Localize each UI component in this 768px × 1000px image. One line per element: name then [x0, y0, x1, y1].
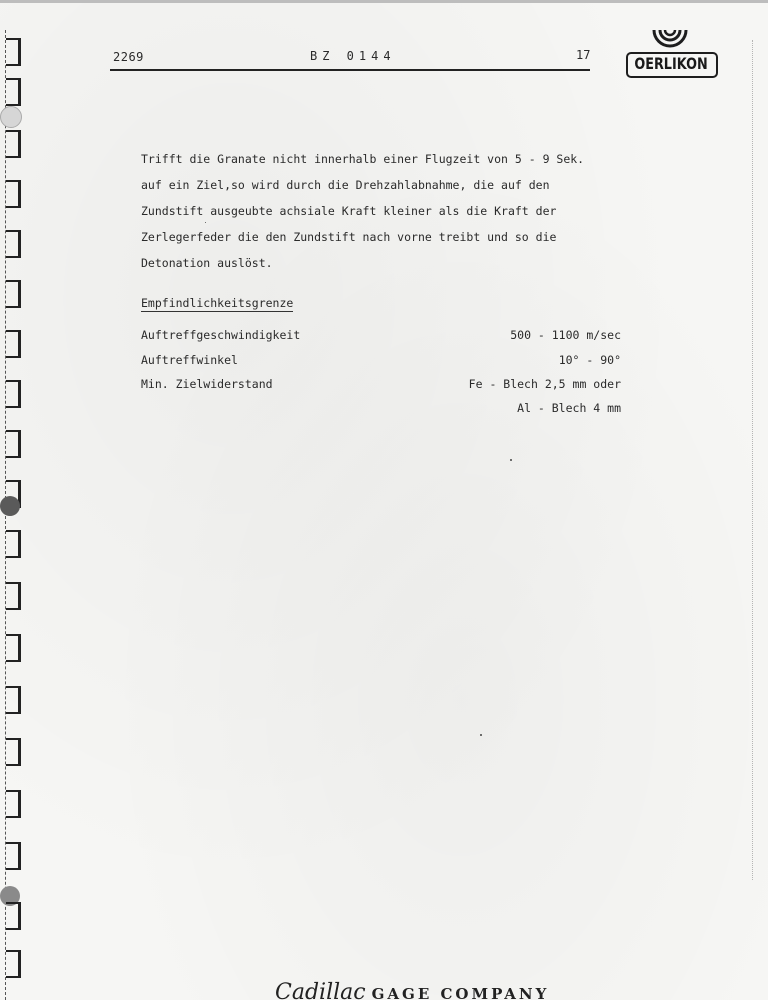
binder-tab [6, 430, 21, 458]
binder-tab [6, 130, 21, 158]
binder-tab [6, 180, 21, 208]
paragraph-line: Trifft die Granate nicht innerhalb einer… [141, 146, 661, 172]
paragraph-line: Zerlegerfeder die den Zundstift nach vor… [141, 224, 661, 250]
logo-wordmark: OERLIKON [633, 54, 708, 73]
footer-company-name: GAGE COMPANY [372, 985, 550, 1000]
binder-ring-hole [0, 106, 22, 128]
binder-tab [6, 902, 21, 930]
paragraph-line: Detonation auslöst. [141, 250, 661, 276]
binder-tab [6, 842, 21, 870]
spec-label: Auftreffwinkel [141, 353, 238, 367]
paragraph-line: Zundstift ausgeubte achsiale Kraft klein… [141, 198, 661, 224]
binder-tab [6, 582, 21, 610]
spec-row: Auftreffgeschwindigkeit 500 - 1100 m/sec [141, 328, 621, 348]
spec-label: Auftreffgeschwindigkeit [141, 328, 300, 342]
spec-row: Auftreffwinkel 10° - 90° [141, 353, 621, 373]
binder-tab [6, 280, 21, 308]
binder-tab [6, 38, 21, 66]
footer-script-brand: Cadillac [275, 980, 366, 1000]
binder-tab [6, 790, 21, 818]
footer-company: CadillacGAGE COMPANY [275, 980, 549, 1000]
binder-tab [6, 530, 21, 558]
page-number: 17 [576, 48, 590, 62]
scan-speck [205, 222, 206, 223]
document-number: 2269 [113, 50, 144, 64]
spec-value: Al - Blech 4 mm [517, 401, 621, 415]
spec-row: Al - Blech 4 mm [141, 401, 621, 421]
spec-label: Min. Zielwiderstand [141, 377, 273, 391]
spec-value: Fe - Blech 2,5 mm oder [469, 377, 621, 391]
scan-speck [510, 459, 512, 461]
document-reference: BZ 0144 [310, 49, 396, 63]
binder-tab [6, 230, 21, 258]
paragraph-line: auf ein Ziel,so wird durch die Drehzahla… [141, 172, 661, 198]
spec-row: Min. Zielwiderstand Fe - Blech 2,5 mm od… [141, 377, 621, 397]
page-top-edge [0, 0, 768, 3]
binder-tab [6, 950, 21, 978]
binder-tab [6, 686, 21, 714]
scan-speck [480, 734, 482, 736]
binder-edge [0, 30, 30, 1000]
binder-tab [6, 380, 21, 408]
binder-tab [6, 78, 21, 106]
binder-tab [6, 634, 21, 662]
binder-tab [6, 738, 21, 766]
spec-value: 500 - 1100 m/sec [510, 328, 621, 342]
concentric-arcs-icon [650, 28, 690, 52]
spec-value: 10° - 90° [559, 353, 621, 367]
header-rule [110, 69, 590, 71]
binder-ring-hole [0, 496, 20, 516]
page-right-edge [752, 40, 754, 880]
section-title: Empfindlichkeitsgrenze [141, 296, 293, 312]
document-page: 2269 BZ 0144 17 OERLIKON Trifft die Gran… [0, 0, 768, 1000]
oerlikon-logo: OERLIKON [624, 28, 718, 78]
body-paragraph: Trifft die Granate nicht innerhalb einer… [141, 146, 661, 276]
binder-tab [6, 330, 21, 358]
